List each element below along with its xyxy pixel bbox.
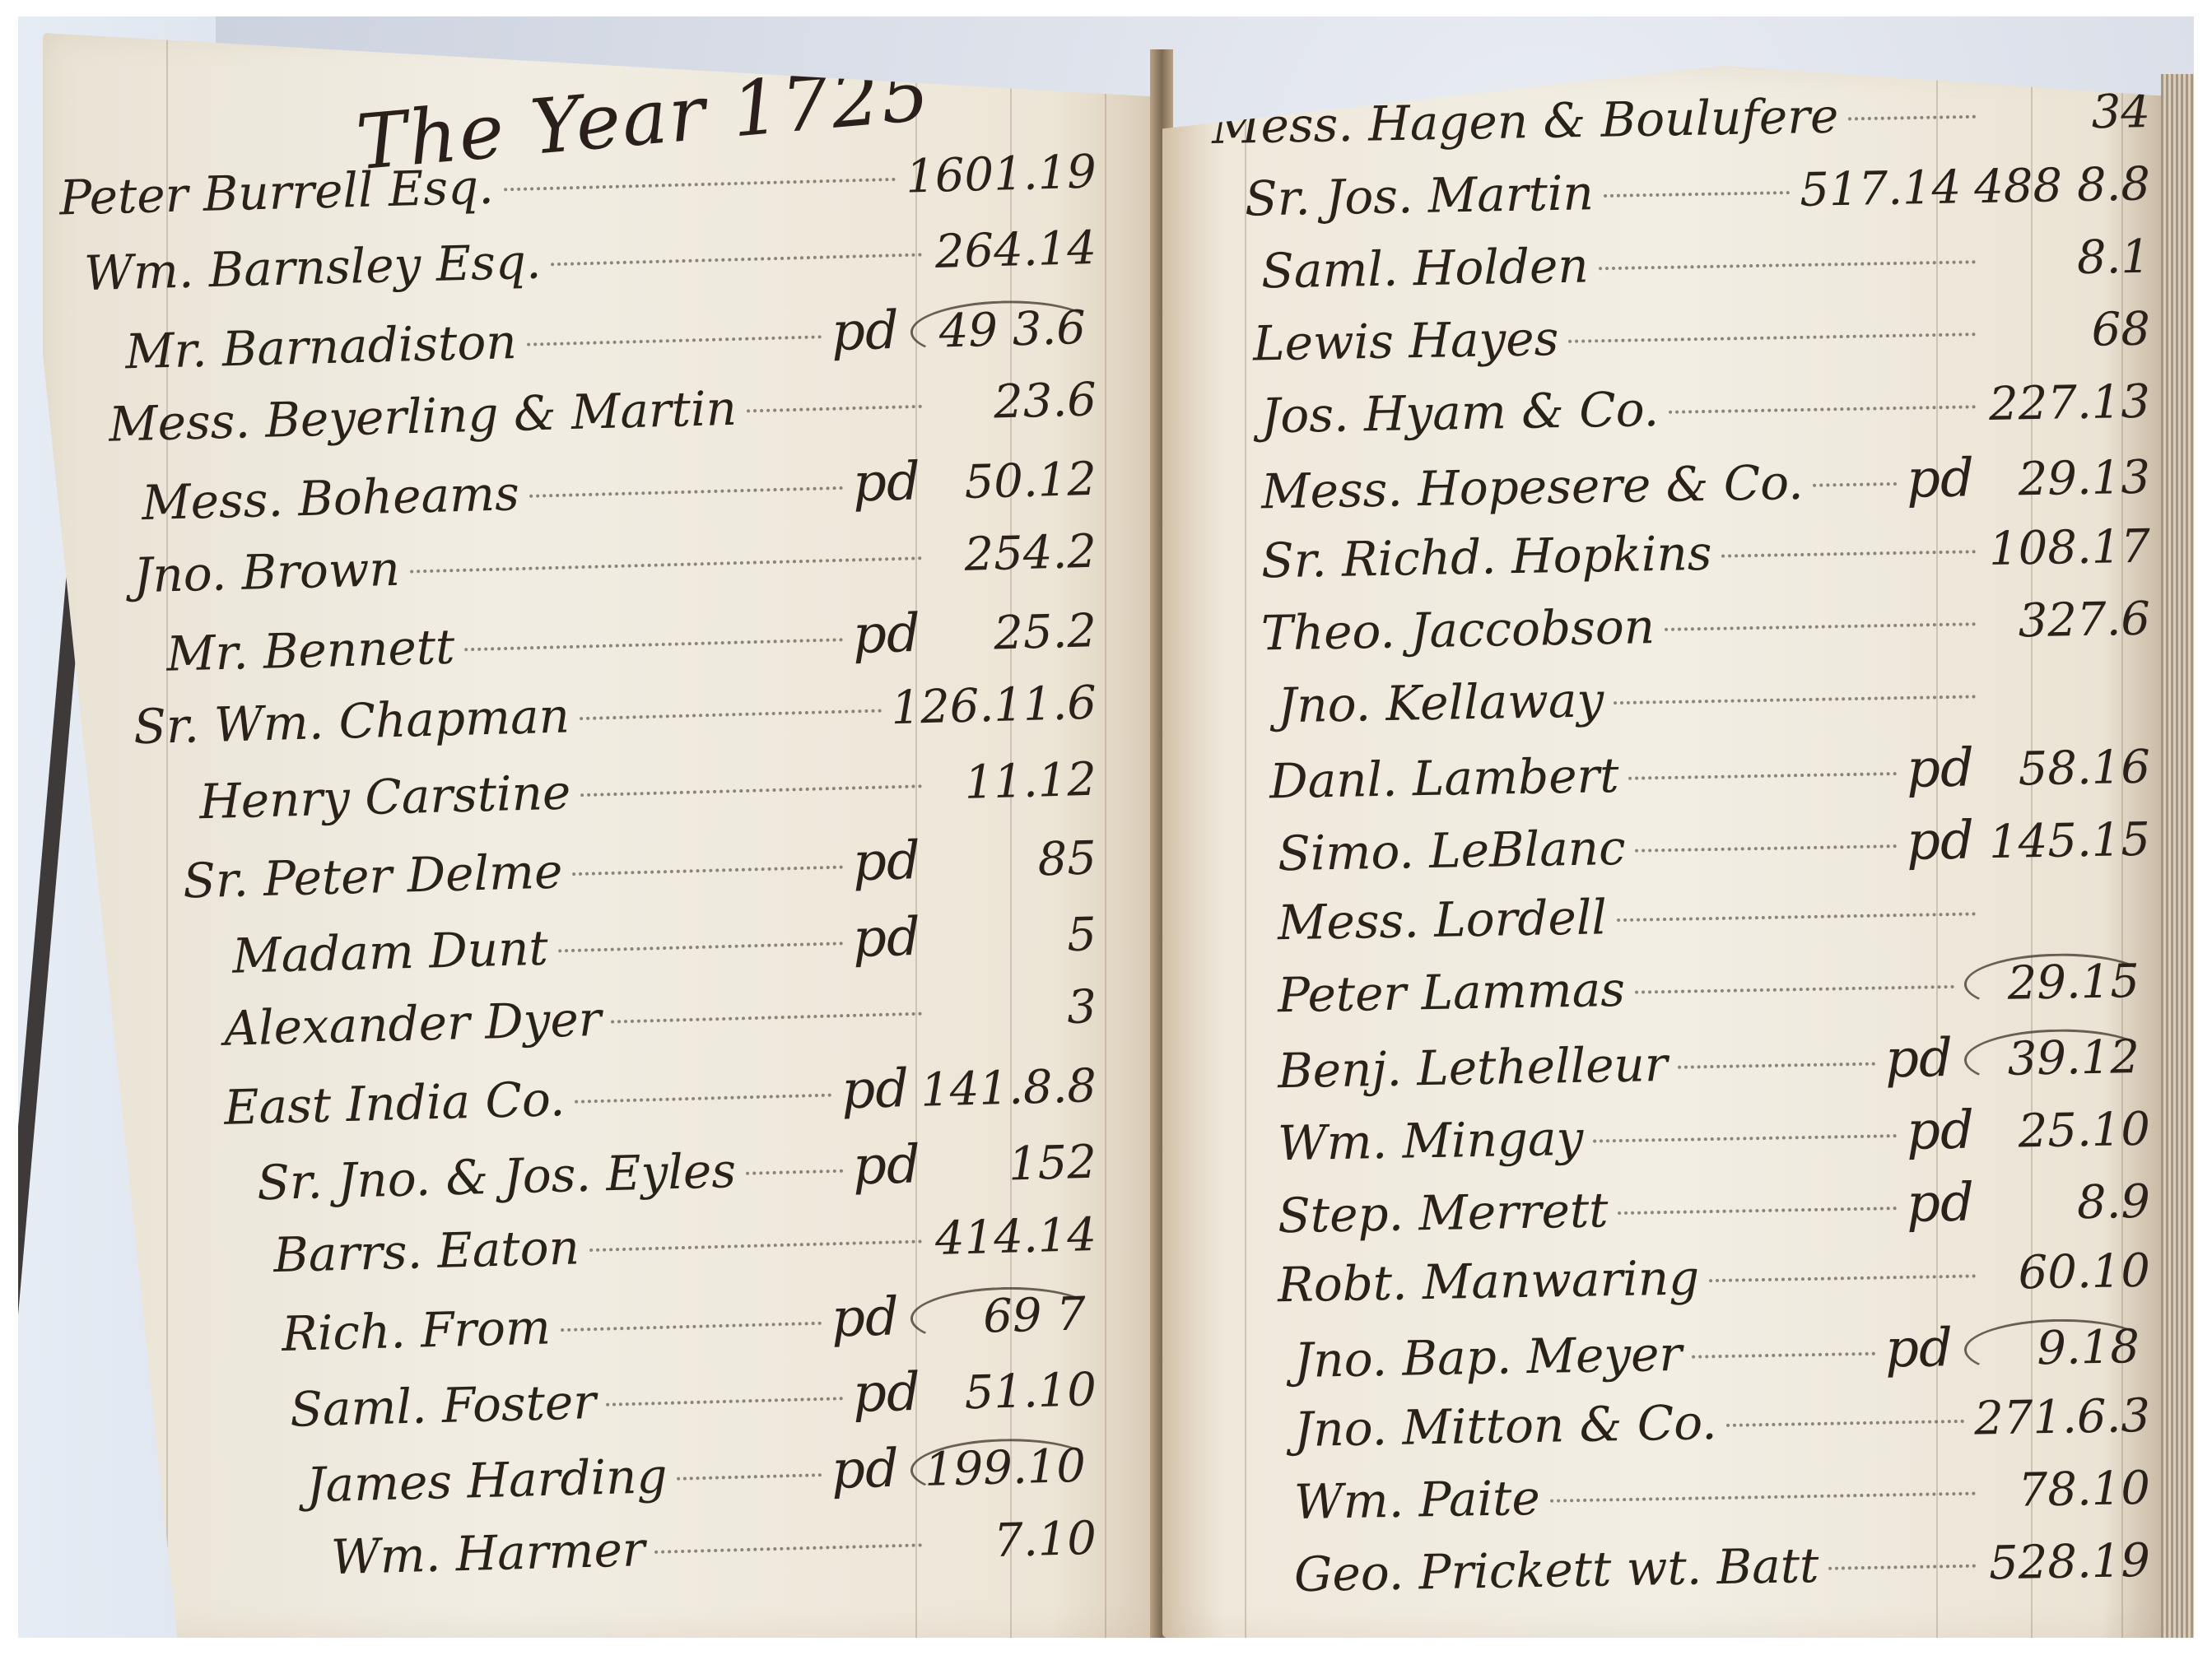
entry-amount: 1601.19 (905, 146, 1097, 204)
entry-name: Sr. Jos. Martin (1244, 165, 1594, 226)
entry-amount: 5 (931, 908, 1097, 965)
entry-name: James Harding (305, 1448, 668, 1513)
dotted-leader (1678, 1062, 1876, 1069)
ledger-entry: Mess. Hopesere & Co.pd29.13 (1260, 445, 2150, 522)
entry-amount: 7.10 (931, 1512, 1097, 1569)
paid-mark-icon: pd (841, 1058, 910, 1121)
ledger-entry: Sr. Wm. Chapman126.11.6 (133, 674, 1097, 756)
ledger-entry: Wm. Mingaypd25.10 (1277, 1097, 2150, 1173)
entry-name: Step. Merrett (1278, 1182, 1609, 1244)
dotted-leader (504, 178, 896, 191)
ledger-entry: Sr. Peter Delmepd85 (182, 825, 1097, 910)
paid-mark-icon: pd (852, 830, 921, 893)
dotted-leader (677, 1473, 822, 1481)
dotted-leader (1848, 115, 1976, 121)
dotted-leader (1604, 191, 1791, 198)
ledger-entry: Mess. Beyerling & Martin23.6 (108, 370, 1097, 452)
paid-mark-icon: pd (1906, 1172, 1974, 1234)
ledger-entry: Simo. LeBlancpd145.15 (1277, 807, 2150, 883)
dotted-leader (1617, 912, 1976, 922)
paid-mark-icon: pd (1906, 810, 1974, 872)
dotted-leader (589, 1239, 922, 1252)
entry-amount: 49 3.6 (910, 299, 1097, 362)
entry-amount: 227.13 (1985, 375, 2150, 431)
ledger-entry: Peter Burrell Esq.1601.19 (58, 143, 1097, 226)
entry-amount: 414.14 (931, 1208, 1097, 1266)
paid-mark-icon: pd (852, 451, 921, 514)
ledger-entry: Sr. Jos. Martin517.14488 8.8 (1244, 155, 2150, 226)
dotted-leader (572, 866, 843, 876)
ledger-entry: Madam Duntpd5 (231, 902, 1097, 985)
dotted-leader (1618, 1207, 1898, 1215)
dotted-leader (529, 486, 843, 498)
ledger-entry: Rich. Frompd69 7 (281, 1281, 1097, 1365)
dotted-leader (606, 1397, 843, 1407)
entry-name: Mr. Barnadiston (124, 314, 517, 379)
entry-amount: 78.10 (1985, 1462, 2150, 1518)
dotted-leader (527, 335, 822, 346)
dotted-leader (1669, 405, 1976, 414)
dotted-leader (1614, 695, 1976, 704)
entry-amount: 8.1 (1985, 230, 2150, 286)
ledger-entry: Wm. Barnsley Esq.264.14 (83, 219, 1097, 301)
dotted-leader (1709, 1274, 1976, 1282)
entry-extra-amount: 517.14 (1800, 160, 1962, 216)
entry-name: Peter Lammas (1277, 961, 1625, 1023)
ledger-entry: Wm. Harmer7.10 (330, 1509, 1097, 1585)
entry-amount (1986, 707, 2150, 709)
ledger-entry: Barrs. Eaton414.14 (272, 1206, 1097, 1283)
paid-mark-icon: pd (852, 1362, 921, 1425)
entry-amount: 528.19 (1985, 1534, 2150, 1590)
entry-amount: 68 (1985, 302, 2150, 358)
entry-name: Rich. From (281, 1299, 551, 1362)
dotted-leader (1813, 482, 1897, 487)
ledger-entry: Peter Lammas29.15 (1277, 952, 2150, 1025)
ledger-entry: Mess. Lordell (1277, 880, 2150, 951)
entry-name: Sr. Peter Delme (182, 843, 563, 909)
paid-mark-icon: pd (852, 907, 921, 969)
entry-amount: 152 (931, 1136, 1097, 1193)
left-ledger-entries: Peter Burrell Esq.1601.19Wm. Barnsley Es… (43, 33, 1162, 1638)
paid-mark-icon: pd (852, 603, 921, 666)
left-page: The Year 1725 Peter Burrell Esq.1601.19W… (43, 33, 1162, 1638)
ledger-entry: Sr. Jno. & Jos. Eylespd152 (256, 1130, 1097, 1213)
entry-name: Saml. Foster (289, 1374, 597, 1438)
ledger-entry: Alexander Dyer3 (223, 978, 1097, 1057)
entry-name: Theo. Jaccobson (1260, 598, 1655, 661)
paid-mark-icon: pd (1884, 1028, 1953, 1090)
dotted-leader (558, 942, 843, 952)
entry-amount: 145.15 (1985, 813, 2150, 869)
dotted-leader (580, 784, 922, 797)
entry-amount: 488 8.8 (1974, 157, 2151, 214)
entry-name: Peter Burrell Esq. (58, 159, 494, 226)
ledger-entry: Theo. Jaccobson327.6 (1260, 590, 2150, 662)
entry-name: Mess. Boheams (141, 465, 519, 531)
entry-amount: 141.8.8 (920, 1059, 1097, 1118)
entry-name: Sr. Richd. Hopkins (1260, 525, 1712, 589)
dotted-leader (1636, 844, 1898, 853)
dotted-leader (575, 1094, 831, 1104)
ledger-entry: Jno. Mitton & Co.271.6.3 (1293, 1387, 2150, 1458)
dotted-leader (561, 1322, 822, 1332)
ledger-entry: Step. Merrettpd8.9 (1277, 1169, 2150, 1245)
entry-name: Madam Dunt (231, 920, 548, 984)
entry-amount: 58.16 (1985, 741, 2150, 797)
entry-name: Jos. Hyam & Co. (1260, 381, 1659, 444)
dotted-leader (410, 556, 922, 573)
entry-name: Jno. Kellaway (1277, 672, 1604, 733)
entry-amount: 25.2 (931, 604, 1097, 662)
dotted-leader (1665, 622, 1976, 631)
dotted-leader (1568, 332, 1976, 343)
dotted-leader (580, 709, 882, 721)
entry-amount: 9.18 (1963, 1318, 2150, 1379)
entry-name: Jno. Mitton & Co. (1293, 1394, 1717, 1458)
dotted-leader (746, 1169, 843, 1175)
ledger-entry: Danl. Lambertpd58.16 (1269, 735, 2150, 811)
entry-name: Mess. Beyerling & Martin (108, 380, 737, 453)
entry-amount: 29.15 (1963, 952, 2150, 1014)
entry-name: Mr. Bennett (165, 619, 455, 682)
entry-name: East India Co. (223, 1071, 566, 1136)
entry-amount: 50.12 (931, 453, 1097, 510)
ledger-entry: Henry Carstine11.12 (198, 751, 1097, 830)
entry-name: Wm. Harmer (330, 1521, 645, 1585)
dotted-leader (611, 1012, 922, 1024)
dotted-leader (1593, 1134, 1897, 1142)
entry-name: Alexander Dyer (223, 991, 602, 1057)
paid-mark-icon: pd (831, 300, 900, 363)
ledger-entry: Saml. Holden8.1 (1260, 228, 2150, 300)
ledger-entry: Robt. Manwaring60.10 (1277, 1242, 2150, 1313)
entry-name: Geo. Prickett wt. Batt (1293, 1537, 1818, 1602)
entry-name: Benj. Lethelleur (1277, 1036, 1668, 1099)
dotted-leader (1722, 550, 1977, 557)
entry-amount: 108.17 (1985, 520, 2150, 576)
dotted-leader (1550, 1492, 1976, 1503)
entry-amount: 126.11.6 (891, 677, 1097, 736)
entry-name: Wm. Mingay (1278, 1110, 1584, 1171)
ledger-entry: Jno. Kellaway (1277, 663, 2150, 733)
paid-mark-icon: pd (1906, 1100, 1974, 1161)
ledger-entry: East India Co.pd141.8.8 (223, 1053, 1097, 1137)
dotted-leader (551, 253, 922, 266)
paid-mark-icon: pd (831, 1286, 900, 1349)
ledger-entry: Mr. Barnadistonpd49 3.6 (124, 295, 1097, 383)
entry-name: Wm. Barnsley Esq. (83, 234, 542, 302)
ledger-entry: Jno. Bap. Meyerpd9.18 (1293, 1314, 2150, 1391)
ledger-entry: Saml. Fosterpd51.10 (289, 1357, 1097, 1439)
ledger-entry: Lewis Hayes68 (1252, 300, 2150, 371)
dotted-leader (1629, 772, 1898, 780)
entry-amount: 39.12 (1963, 1028, 2150, 1090)
ledger-entry: Mr. Bennettpd25.2 (165, 598, 1097, 684)
entry-amount: 69 7 (910, 1285, 1097, 1348)
dotted-leader (1692, 1352, 1875, 1359)
paid-mark-icon: pd (1884, 1318, 1953, 1379)
entry-name: Mess. Hopesere & Co. (1261, 454, 1805, 519)
entry-name: Saml. Holden (1260, 237, 1589, 299)
entry-name: Barrs. Eaton (272, 1219, 580, 1283)
entry-amount: 199.10 (910, 1436, 1097, 1500)
entry-amount: 51.10 (931, 1363, 1097, 1421)
entry-name: Mess. Lordell (1277, 889, 1607, 951)
paid-mark-icon: pd (852, 1134, 921, 1197)
entry-amount: 271.6.3 (1974, 1389, 2151, 1446)
entry-amount: 327.6 (1985, 593, 2150, 649)
paid-mark-icon: pd (1906, 737, 1974, 799)
entry-name: Danl. Lambert (1269, 747, 1620, 809)
entry-amount (1986, 924, 2150, 927)
entry-name: Sr. Wm. Chapman (133, 687, 570, 755)
entry-amount: 254.2 (931, 525, 1097, 583)
dotted-leader (1726, 1420, 1964, 1427)
entry-name: Robt. Manwaring (1277, 1249, 1699, 1313)
ledger-entry: Sr. Richd. Hopkins108.17 (1260, 518, 2150, 589)
entry-name: Lewis Hayes (1252, 310, 1558, 371)
right-ledger-entries: Mess. Hagen & Boulufere34Sr. Jos. Martin… (1162, 66, 2183, 1638)
dotted-leader (1599, 260, 1976, 270)
entry-amount: 60.10 (1985, 1244, 2150, 1300)
entry-amount: 11.12 (931, 753, 1097, 811)
entry-amount: 25.10 (1985, 1103, 2150, 1159)
entry-amount: 3 (931, 980, 1097, 1038)
paid-mark-icon: pd (1906, 448, 1974, 509)
page-edges (2161, 74, 2194, 1638)
entry-name: Sr. Jno. & Jos. Eyles (256, 1142, 737, 1211)
ledger-entry: Jno. Brown254.2 (133, 523, 1097, 604)
ledger-entry: Jos. Hyam & Co.227.13 (1260, 373, 2150, 444)
book-photograph: The Year 1725 Peter Burrell Esq.1601.19W… (18, 16, 2194, 1638)
entry-amount: 264.14 (931, 221, 1097, 279)
entry-name: Simo. LeBlanc (1278, 820, 1627, 881)
entry-name: Jno. Brown (133, 541, 400, 603)
entry-amount: 23.6 (931, 373, 1097, 430)
entry-name: Wm. Paite (1293, 1470, 1540, 1530)
ledger-entry: Benj. Lethelleurpd39.12 (1277, 1025, 2150, 1101)
entry-name: Jno. Bap. Meyer (1293, 1326, 1682, 1388)
ledger-entry: James Hardingpd199.10 (305, 1433, 1097, 1515)
entry-amount: 85 (931, 831, 1097, 889)
ledger-entry: Mess. Boheamspd50.12 (141, 447, 1097, 532)
dotted-leader (654, 1543, 922, 1553)
ledger-entry: Wm. Paite78.10 (1293, 1459, 2150, 1530)
dotted-leader (1828, 1565, 1976, 1570)
entry-amount: 8.9 (1985, 1175, 2150, 1231)
ledger-entry: Geo. Prickett wt. Batt528.19 (1293, 1532, 2150, 1602)
dotted-leader (1635, 985, 1954, 994)
dotted-leader (464, 638, 843, 651)
paid-mark-icon: pd (831, 1439, 900, 1501)
dotted-leader (747, 405, 922, 413)
entry-amount: 29.13 (1985, 451, 2150, 507)
right-page: Mess. Hagen & Boulufere34Sr. Jos. Martin… (1162, 66, 2183, 1638)
entry-name: Henry Carstine (198, 764, 571, 830)
